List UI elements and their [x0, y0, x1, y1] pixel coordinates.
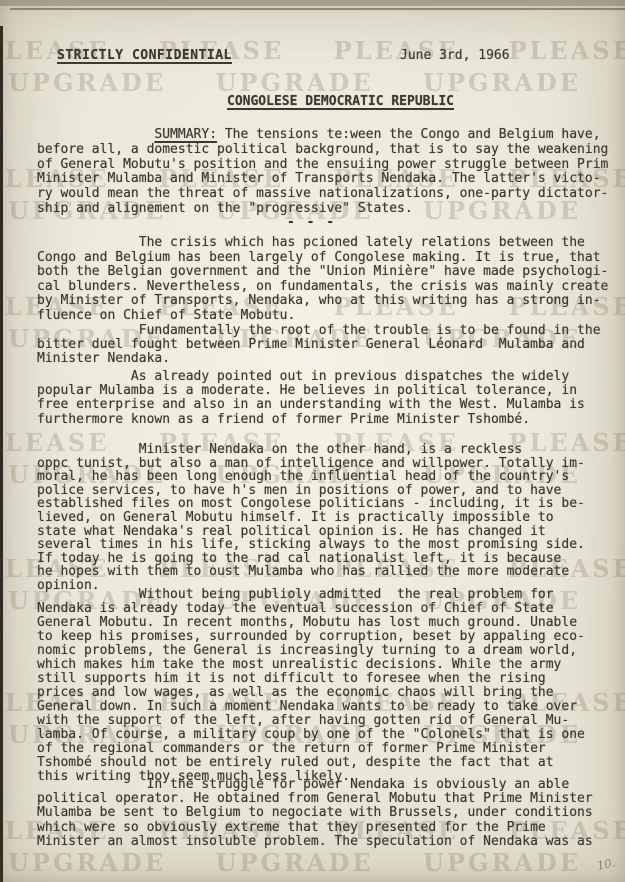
text-line: by Minister of Transports, Nendaka, who … [37, 294, 608, 309]
text-line: lieved, on General Mobutu himself. It is… [37, 511, 585, 525]
text-line: In the struggle for power Nendaka is obv… [37, 778, 593, 792]
text-line: cal blunders. Nevertheless, on fundament… [37, 280, 608, 295]
text-line: Minister Nendaka on the other hand, is a… [37, 443, 585, 457]
indent [37, 127, 154, 142]
scan-edge-left [0, 26, 3, 882]
text-line: established files on most Congolese poli… [37, 497, 585, 511]
text-line: Minister Mulamba and Minister of Transpo… [37, 172, 608, 187]
text-line: free enterprise and also in an understan… [37, 398, 585, 412]
text-line: Minister an almost insoluble problem. Th… [37, 835, 593, 849]
text-line: political operator. He obtained from Gen… [37, 792, 593, 806]
paragraph-mulamba: As already pointed out in previous dispa… [37, 370, 585, 427]
text-line: If today he is going to the rad cal nati… [37, 552, 585, 566]
text-line: prices and low wages, as well as the eco… [37, 686, 585, 700]
text-line: state what Nendaka's real political opin… [37, 525, 585, 539]
page-number: 10. [596, 855, 617, 873]
paragraph-succession: Without being publioly admitted the real… [37, 588, 585, 784]
paragraph-nendaka: Minister Nendaka on the other hand, is a… [37, 443, 585, 593]
text-line: The crisis which has pcioned lately rela… [37, 236, 608, 251]
section-separator: - - - [287, 216, 336, 230]
summary-paragraph: SUMMARY: The tensions te:ween the Congo … [37, 128, 608, 217]
text-line: ry would mean the threat of massive nati… [37, 187, 608, 202]
text-line: Nendaka is already today the eventual su… [37, 602, 585, 616]
text-line: which makes him take the most unrealisti… [37, 658, 585, 672]
text-line: nomic problems, the General is increasin… [37, 644, 585, 658]
paragraph-duel: Fundamentally the root of the trouble is… [37, 324, 601, 367]
text-line: lamba. Of course, a military coup by one… [37, 728, 585, 742]
text-line: oppc tunist, but also a man of intellige… [37, 457, 585, 471]
scan-line [10, 8, 625, 10]
page-title: CONGOLESE DEMOCRATIC REPUBLIC [227, 95, 454, 109]
text-line: police services, to have h's men in posi… [37, 484, 585, 498]
text-line: still supports him it is not difficult t… [37, 672, 585, 686]
paragraph-struggle: In the struggle for power Nendaka is obv… [37, 778, 593, 849]
text-line: which were so obviously extreme that the… [37, 821, 593, 835]
text-line: of General Mobutu's position and the ens… [37, 158, 608, 173]
text-line: several times in his life, sticking alwa… [37, 538, 585, 552]
text-line: of the regional commanders or the return… [37, 742, 585, 756]
text-line: General down. In such a moment Nendaka w… [37, 700, 585, 714]
text-line: to keep his promises, surrounded by corr… [37, 630, 585, 644]
text-line: General Mobutu. In recent months, Mobutu… [37, 616, 585, 630]
text-line: Minister Nendaka. [37, 352, 601, 366]
text-line: SUMMARY: The tensions te:ween the Congo … [37, 128, 608, 143]
text-line: fluence on Chief of State Mobutu. [37, 309, 608, 324]
text-line: furthermore known as a friend of former … [37, 413, 585, 427]
text-line: moral, he has been long enough the influ… [37, 470, 585, 484]
text-line: popular Mulamba is a moderate. He believ… [37, 384, 585, 398]
text-line: both the Belgian government and the "Uni… [37, 265, 608, 280]
document-date: June 3rd, 1966 [400, 49, 510, 63]
text-line: bitter duel fought between Prime Ministe… [37, 338, 601, 352]
paragraph-crisis: The crisis which has pcioned lately rela… [37, 236, 608, 324]
classification-stamp: STRICTLY CONFIDENTIAL [57, 49, 232, 63]
text-line: he hopes with them to oust Mulamba who h… [37, 565, 585, 579]
text-line: before all, a domestic political backgro… [37, 143, 608, 158]
scan-edge-top [0, 0, 625, 6]
text-line: As already pointed out in previous dispa… [37, 370, 585, 384]
text-line: with the support of the left, after havi… [37, 714, 585, 728]
text-line: Mulamba be sent to Belgium to negociate … [37, 806, 593, 820]
text-line: Tshombé should not be entirely ruled out… [37, 756, 585, 770]
summary-label: SUMMARY: [154, 127, 217, 142]
text-line: Without being publioly admitted the real… [37, 588, 585, 602]
document-body: STRICTLY CONFIDENTIAL June 3rd, 1966 CON… [0, 0, 625, 882]
text-line: ship and alignement on the "progressive"… [37, 202, 608, 217]
scanned-document-page: PLEASE PLEASE PLEASE PLEASE PLEASEUPGRAD… [0, 0, 625, 882]
text-line: Fundamentally the root of the trouble is… [37, 324, 601, 338]
line-text: The tensions te:ween the Congo and Belgi… [217, 127, 601, 142]
text-line: Congo and Belgium has been largely of Co… [37, 251, 608, 266]
